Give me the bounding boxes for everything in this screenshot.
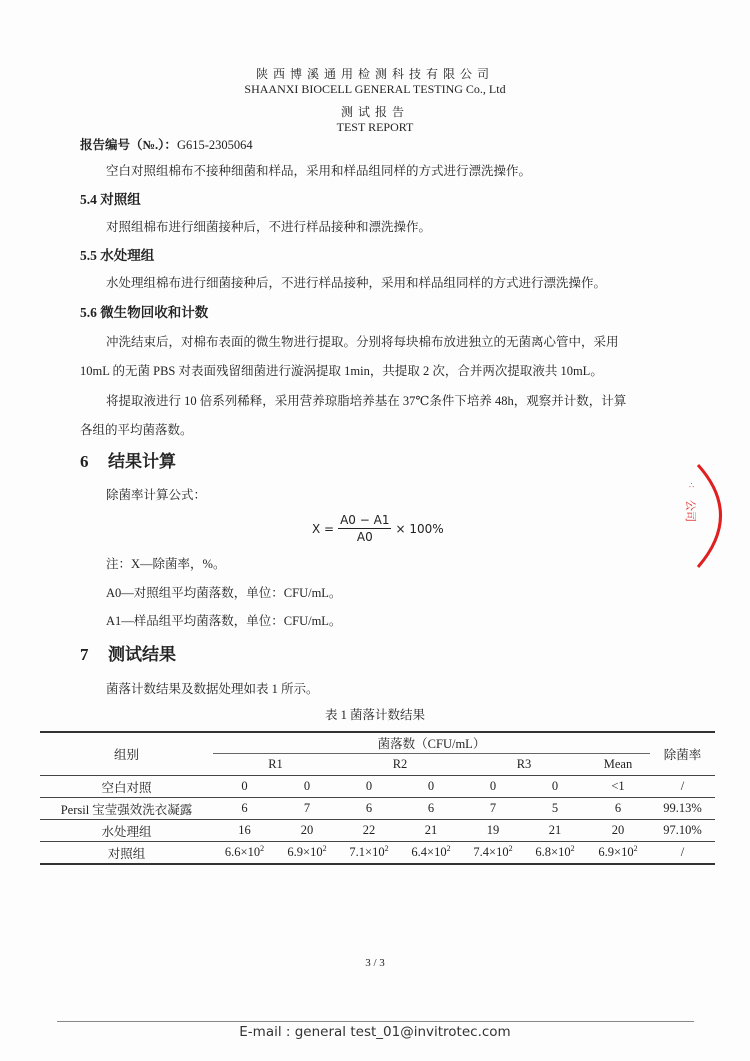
report-number-label: 报告编号（№.）： [80,138,177,152]
doc-title-cn: 测试报告 [0,105,750,119]
table-row: 对照组 6.6×102 6.9×102 7.1×102 6.4×102 7.4×… [40,842,715,865]
note-x: 注：X—除菌率，%。 [106,556,225,572]
svg-text:∴: ∴ [689,481,694,490]
header-colony-count: 菌落数（CFU/mL） [213,732,650,754]
blank-control-paragraph: 空白对照组棉布不接种细菌和样品，采用和样品组同样的方式进行漂洗操作。 [106,163,531,179]
report-number: 报告编号（№.）：G615-2305064 [80,137,253,153]
table-caption: 表 1 菌落计数结果 [0,707,750,723]
section-5-6-para1-line2: 10mL 的无菌 PBS 对表面残留细菌进行漩涡提取 1min，共提取 2 次，… [80,363,603,379]
footer-email: E-mail : general test_01@invitrotec.com [0,1024,750,1040]
doc-title-en: TEST REPORT [0,120,750,134]
colony-count-table: 组别 菌落数（CFU/mL） 除菌率 R1 R2 R3 Mean 空白对照 0 … [40,731,715,865]
header-r3: R3 [462,754,586,776]
company-name-en: SHAANXI BIOCELL GENERAL TESTING Co., Ltd [0,82,750,96]
section-7-intro: 菌落计数结果及数据处理如表 1 所示。 [106,681,319,697]
table-row: 水处理组 16 20 22 21 19 21 20 97.10% [40,820,715,842]
note-a0: A0—对照组平均菌落数，单位：CFU/mL。 [106,585,341,601]
formula-fraction: A0 − A1 A0 [338,513,391,544]
section-6-title: 6结果计算 [80,452,176,472]
svg-text:公司: 公司 [684,500,697,522]
section-5-4-title: 5.4 对照组 [80,191,141,209]
section-5-6-para1-line1: 冲洗结束后，对棉布表面的微生物进行提取。分别将每块棉布放进独立的无菌离心管中，采… [106,334,619,350]
company-name-cn: 陕西博溪通用检测科技有限公司 [0,67,750,81]
removal-rate-formula: X = A0 − A1 A0 × 100% [312,513,444,544]
footer-divider [57,1021,694,1022]
section-5-4-paragraph: 对照组棉布进行细菌接种后，不进行样品接种和漂洗操作。 [106,219,431,235]
seal-arc-icon: 公司 ∴ [665,455,750,575]
table-row: Persil 宝莹强效洗衣凝露 6 7 6 6 7 5 6 99.13% [40,798,715,820]
header-mean: Mean [586,754,650,776]
company-seal-stamp: 公司 ∴ [665,455,750,575]
note-a1: A1—样品组平均菌落数，单位：CFU/mL。 [106,613,341,629]
table-row: 空白对照 0 0 0 0 0 0 <1 / [40,776,715,798]
section-5-5-paragraph: 水处理组棉布进行细菌接种后，不进行样品接种，采用和样品组同样的方式进行漂洗操作。 [106,275,606,291]
section-7-title: 7测试结果 [80,645,176,665]
header-group: 组别 [40,732,213,776]
page-number: 3 / 3 [0,957,750,969]
section-5-6-para2-line2: 各组的平均菌落数。 [80,422,193,438]
section-5-6-para2-line1: 将提取液进行 10 倍系列稀释，采用营养琼脂培养基在 37℃条件下培养 48h，… [106,393,626,409]
formula-intro: 除菌率计算公式： [106,487,206,503]
header-removal-rate: 除菌率 [650,732,715,776]
section-5-5-title: 5.5 水处理组 [80,247,154,265]
report-page: 陕西博溪通用检测科技有限公司 SHAANXI BIOCELL GENERAL T… [0,0,750,1061]
section-5-6-title: 5.6 微生物回收和计数 [80,304,208,322]
report-number-value: G615-2305064 [177,138,253,152]
header-r2: R2 [338,754,462,776]
header-r1: R1 [213,754,338,776]
